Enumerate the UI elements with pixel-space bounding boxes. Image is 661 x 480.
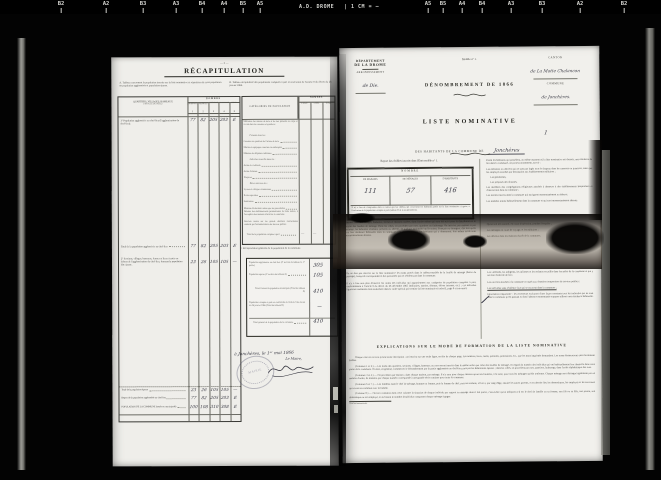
table-b-item: Écoles spéciales <box>244 195 258 198</box>
table-a-row2-label: 2° Sections, villages, hameaux, fermes e… <box>121 257 185 267</box>
hand-value: 410 <box>313 289 324 295</box>
ruler-label: B5 <box>240 1 247 7</box>
departement-block: DÉPARTEMENT DE LA DROME ARRONDISSEMENT d… <box>344 59 396 95</box>
microfilm-scan-viewport: B2 A2 B3 A3 B4 A4 B5 A5 A.D. DROME | 1 C… <box>0 0 661 480</box>
table-a-row1-values: 77 82 205 203 E <box>187 117 240 122</box>
ruler-label: A4 <box>221 1 228 7</box>
table-b-item: Séminaires <box>244 201 254 204</box>
ruler-label: B4 <box>199 1 206 7</box>
ruler-label: B5 <box>440 1 447 7</box>
paragraph: Les malades traités habituellement dans … <box>487 199 593 203</box>
ruler-label: A5 <box>425 1 432 7</box>
handwritten-checkmark <box>479 295 491 305</box>
report-col: D'HABITANTS <box>430 177 470 180</box>
report-caption: Report des chiffres inscrits dans l'État… <box>346 159 472 163</box>
table-c-row: Population comptée à part en conformité … <box>249 302 307 308</box>
table-a-head2: (ARTICLE DU RÔLE) <box>118 103 187 106</box>
table-b-total-label: Total de la population comptée à part <box>247 234 280 237</box>
scan-edge-left <box>17 38 26 470</box>
scale-label: | 1 CM = — <box>344 4 379 10</box>
table-b-item: Casernes ou quartiers de l'armée de terr… <box>244 141 280 144</box>
table-a-bottom-row: Report de la population agglomérée au ch… <box>121 397 186 400</box>
colnum: 5 <box>229 111 239 113</box>
table-a-total1-values: 77 82 205 203 E <box>188 243 241 248</box>
canton-label: CANTON <box>521 56 589 60</box>
table-c-row: Population éparse (2ᵉ section du tableau… <box>249 274 307 277</box>
table-a-bottom-values: 23 26 105 105 — <box>188 387 241 392</box>
table-b-head: CATÉGORIES DE POPULATION <box>242 97 298 119</box>
commune-name-handwritten: Jonchères <box>487 148 525 155</box>
hand-value: 410 <box>313 319 324 325</box>
paragraph: Il n'y a lieu non plus d'inscrire les no… <box>346 281 476 292</box>
hand-value: 305 <box>313 263 324 269</box>
table-a-subcol: DE MAISONS <box>187 103 197 107</box>
left-page-recapitulation: — 2 — RÉCAPITULATION A. Tableau concerna… <box>111 57 338 467</box>
report-col: DE MAISONS <box>350 178 390 181</box>
intro-paragraph-b: B. Tableau récapitulatif des populations… <box>229 81 331 88</box>
table-b-item: Asiles de vieillards <box>244 165 261 168</box>
paragraph: Les membres des congrégations religieuse… <box>486 185 592 193</box>
table-a-total1-label: Total de la population agglomérée au che… <box>121 245 168 248</box>
row-label: Total général de la population de la com… <box>253 322 293 325</box>
table-b-subhead: Présents dans les : <box>250 135 266 138</box>
table-c-caption: C. Récapitulation générale de la populat… <box>240 247 336 251</box>
explications-body: Chaque case ne recevra qu'une seule insc… <box>349 354 595 406</box>
ruler-label: A3 <box>173 1 180 7</box>
paragraph: On ne doit pas inscrire sur la liste nom… <box>346 271 476 279</box>
list-line: Les gendarmes, <box>486 175 592 179</box>
colnum: 1 <box>187 111 197 113</box>
table-b-categories: CATÉGORIES DE POPULATION NOMBRE S. MASC.… <box>241 96 336 245</box>
hand-value: — <box>317 305 322 310</box>
table-a-bottom-row: POPULATION DE LA COMMUNE (totale ou muni… <box>122 406 187 409</box>
page-number: — 2 — <box>194 62 254 65</box>
table-a-bottom-values: 77 82 205 203 E <box>188 395 241 400</box>
hand-value: 57 <box>389 186 431 194</box>
report-nombre-header: NOMBRE <box>348 169 472 173</box>
report-values: 111 57 416 <box>350 186 470 195</box>
table-b-item: Lycées et collèges communaux <box>244 189 271 192</box>
colnum: 4 <box>219 111 229 113</box>
intro-paragraph-a: A. Tableau concernant la population insc… <box>119 81 221 88</box>
row-label: Total de la population éparse <box>121 389 148 392</box>
table-b-item: Malades des hôpitaux militaires <box>244 153 272 156</box>
hand-value: — <box>301 232 305 236</box>
ruler-label: B2 <box>621 1 628 7</box>
row-label: Total, formant la population municipale … <box>253 288 305 294</box>
ruler-label: A5 <box>257 1 264 7</box>
ink-blot <box>388 229 430 251</box>
ruler-label: A2 <box>103 1 110 7</box>
hand-value: 416 <box>430 186 471 194</box>
calibration-ruler-bar: B2 A2 B3 A3 B4 A4 B5 A5 A.D. DROME | 1 C… <box>0 0 661 14</box>
paragraph: Les ouvriers attachés à la commune occup… <box>487 280 593 284</box>
footnote: Voir les instructions. <box>349 401 391 406</box>
hand-value: — <box>313 232 317 236</box>
table-a-subcols: DE MAISONS DE MÉNAGES D'HOMMES DE FEMMES… <box>187 102 239 106</box>
gutter-paper-sliver <box>334 405 338 413</box>
table-b-body: Militaires des armées de terre et de mer… <box>244 121 298 231</box>
hand-value: 105 <box>313 273 324 279</box>
table-a-row2-values: 23 26 105 105 — <box>188 259 241 264</box>
hand-value: E <box>229 243 240 248</box>
row-label: Population comptée à part en conformité … <box>249 302 305 308</box>
flourish-divider <box>452 91 488 99</box>
ruler-label: B4 <box>479 1 486 7</box>
paragraph: (Colonnes 6 et 7.) — Les familles étant … <box>349 381 595 390</box>
table-a-subcol: D'HOMMES <box>208 103 218 107</box>
grid-line <box>322 103 323 244</box>
grid-line <box>309 259 310 336</box>
gutter-paper-sliver <box>333 387 338 400</box>
ruler-label: B3 <box>539 1 546 7</box>
flourish-divider <box>448 150 492 158</box>
colnum: 3 <box>208 111 218 113</box>
right-column-below: Les vieillards, les indigents, les infir… <box>487 270 593 300</box>
paragraph: Les militaires et officiers qui ne sont … <box>486 167 592 175</box>
table-c-row: Population agglomérée au chef-lieu (2ᵉ s… <box>249 262 307 268</box>
hand-value: E <box>229 117 240 122</box>
table-a-row1-label: 1° Population agglomérée au chef-lieu (l… <box>121 119 185 125</box>
grid-line <box>243 119 335 120</box>
ruler-label: A2 <box>577 1 584 7</box>
table-a-bottom-row: Total de la population éparse <box>121 389 186 392</box>
table-b-total-row: Total de la population comptée à part <box>247 234 297 237</box>
arrondissement-value-handwritten: de Die. <box>362 84 379 89</box>
report-note: Il n'y a lieu de comprendre dans ce rele… <box>352 206 470 213</box>
modele-label: Modèle n° 1. <box>419 58 519 62</box>
table-c-general: Population agglomérée au chef-lieu (2ᵉ s… <box>246 258 338 337</box>
ruler-label: A4 <box>459 1 466 7</box>
archive-name-label: A.D. DROME <box>299 4 334 10</box>
liste-nominative-title: LISTE NOMINATIVE <box>395 118 545 125</box>
paragraph: (Colonnes 3 et 4.) — On procédera par ma… <box>349 372 595 381</box>
canton-block: CANTON de La Motte Chalancon COMMUNE de … <box>521 56 589 107</box>
table-b-subhead: Individus recueillis dans les : <box>250 159 276 162</box>
table-b-item: Hospices <box>244 177 252 180</box>
canton-value-handwritten: de La Motte Chalancon <box>530 68 580 73</box>
ruler-label: A3 <box>508 1 515 7</box>
right-column-top: Parmi les habitants qui possèdent, au mê… <box>486 158 592 203</box>
table-a-bottom-values: 100 108 310 308 E <box>188 404 241 409</box>
table-b-item-long: Ouvriers réunis sur les grands chantiers… <box>244 221 298 231</box>
table-b-item: Asiles d'aliénés <box>244 171 258 174</box>
paragraph: Information importante : les recenseurs … <box>487 292 593 300</box>
scan-edge-right <box>645 28 655 470</box>
table-a-colnums: 1 2 3 4 5 <box>187 111 239 114</box>
table-b-item: Marins et équipages casernés ou embarqué… <box>244 147 282 150</box>
paragraph: Parmi les habitants qui possèdent, au mê… <box>486 158 592 166</box>
report-col-headers: DE MAISONS DE MÉNAGES D'HABITANTS <box>350 177 470 181</box>
explications-heading: EXPLICATIONS SUR LE MODE DE FORMATION DE… <box>352 343 592 349</box>
ink-blot <box>546 222 604 254</box>
grid-line <box>120 414 241 415</box>
page-edge-smudge <box>588 140 602 220</box>
paragraph: Chaque case ne recevra qu'une seule insc… <box>349 354 595 363</box>
table-b-subcol: S. MASC. <box>298 103 310 105</box>
folio-number-handwritten: 1 <box>544 130 548 136</box>
arrondissement-label: ARRONDISSEMENT <box>344 71 396 74</box>
left-column-below: On ne doit pas inscrire sur la liste nom… <box>346 271 476 292</box>
list-line: Les préposés des douanes, <box>486 180 592 184</box>
table-b-subhead: Élèves internes des : <box>250 183 268 186</box>
hand-value: — <box>229 259 240 264</box>
table-a-subcol: TOTAL <box>229 102 239 106</box>
row-label: Report de la population agglomérée au ch… <box>121 397 165 400</box>
row-label: Population agglomérée au chef-lieu (2ᵉ s… <box>249 262 305 268</box>
colnum: 2 <box>198 111 208 113</box>
hand-value: — <box>230 387 241 392</box>
table-b-subcol: S. FÉM. <box>310 103 322 105</box>
table-a-population: QUARTIERS, VILLAGES, HAMEAUX (ARTICLE DU… <box>117 96 241 422</box>
paragraph: (Colonne 8.) — On fera connaître dans ce… <box>349 390 595 399</box>
row-label: POPULATION DE LA COMMUNE (totale ou muni… <box>122 406 177 409</box>
paragraph: Les marins inscrits dans la commune qui … <box>486 193 592 197</box>
hand-value: 111 <box>350 187 391 195</box>
table-a-subcol: DE FEMMES <box>219 102 229 106</box>
table-a-total1-row: Total de la population agglomérée au che… <box>121 245 186 248</box>
table-b-intro: Militaires des armées de terre et de mer… <box>244 121 298 132</box>
ruler-label: B2 <box>58 1 65 7</box>
commune-value-handwritten: de Jonchères. <box>541 94 571 99</box>
handwritten-date-line: à Jonchères, le 1ᵉʳ mai 1866 <box>234 348 345 356</box>
table-c-row: Total général de la population de la com… <box>253 322 307 325</box>
ruler-label: B3 <box>140 1 147 7</box>
hand-value: E <box>230 404 241 409</box>
table-b-item-long: Détenus des établissements pénitentiaire… <box>244 211 298 221</box>
grid-line <box>310 103 311 244</box>
ink-blot <box>349 213 375 223</box>
table-a-col1-header: QUARTIERS, VILLAGES, HAMEAUX (ARTICLE DU… <box>118 97 188 116</box>
commune-label: COMMUNE <box>522 82 590 86</box>
table-c-row: Total, formant la population municipale … <box>253 288 307 294</box>
departement-line2: DE LA DROME <box>344 63 396 67</box>
left-page-title: RÉCAPITULATION <box>164 67 284 77</box>
paragraph: Les vieillards, les indigents, les infir… <box>487 270 593 278</box>
hand-value: E <box>230 395 241 400</box>
report-col: DE MÉNAGES <box>390 177 430 180</box>
table-a-subcol: DE MÉNAGES <box>198 103 208 107</box>
paragraph: Les individus sans résidence fixe qui se… <box>487 286 593 290</box>
paragraph: (Colonnes 1 et 2.) — Les noms des quarti… <box>349 363 595 372</box>
ink-blot <box>463 235 487 248</box>
row-label: Population éparse (2ᵉ section du tableau… <box>249 274 287 277</box>
book-block-edge <box>601 150 610 455</box>
